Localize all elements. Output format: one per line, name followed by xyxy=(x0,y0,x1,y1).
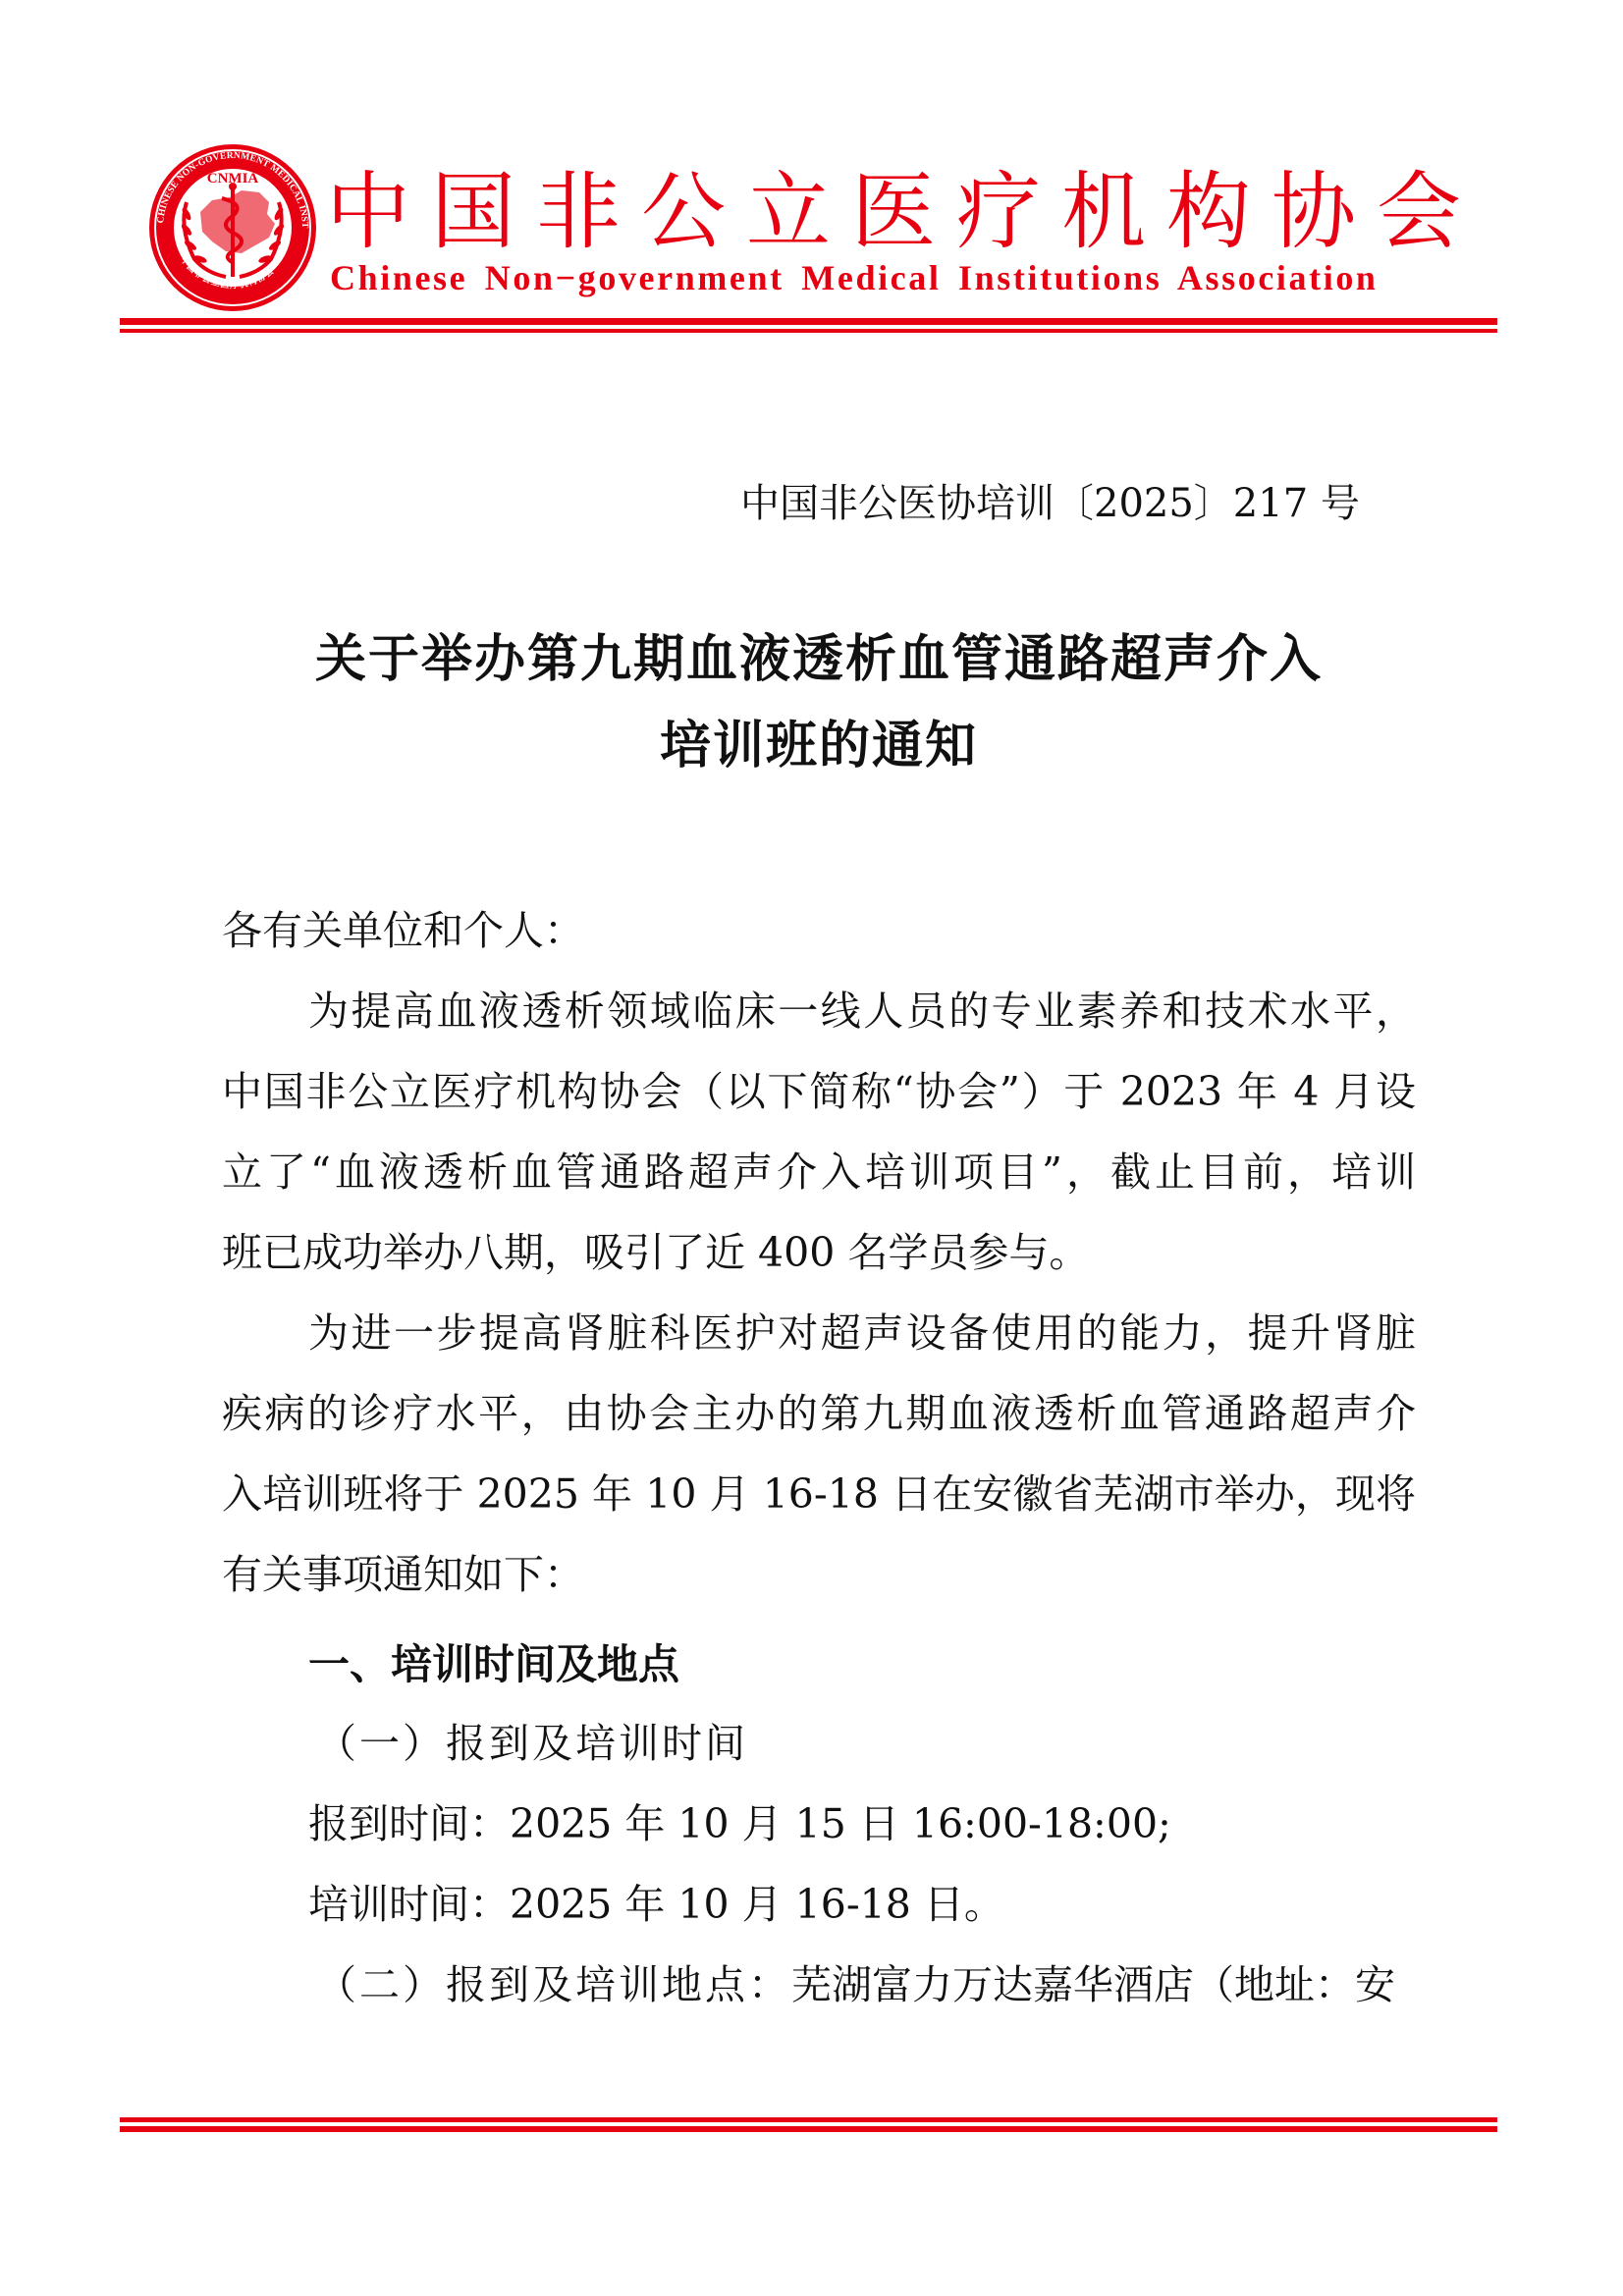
paragraph-1-line-4: 班已成功举办八期，吸引了近 400 名学员参与。 xyxy=(222,1227,1416,1278)
salutation: 各有关单位和个人： xyxy=(222,905,1416,956)
document-title-line-1: 关于举办第九期血液透析血管通路超声介入 xyxy=(222,628,1416,691)
header-rule-thin xyxy=(120,329,1497,333)
paragraph-1-line-3: 立了“血液透析血管通路超声介入培训项目”，截止目前，培训 xyxy=(222,1147,1416,1198)
training-location: （二）报到及培训地点：芜湖富力万达嘉华酒店（地址：安 xyxy=(316,1959,1416,2010)
paragraph-1-line-2: 中国非公立医疗机构协会（以下简称“协会”）于 2023 年 4 月设 xyxy=(222,1066,1416,1117)
footer-rule-thick xyxy=(120,2126,1497,2132)
document-title-line-2: 培训班的通知 xyxy=(222,715,1416,777)
document-page: CHINESE NON-GOVERNMENT MEDICAL INSTITUTI… xyxy=(0,0,1623,2296)
checkin-time: 报到时间：2025 年 10 月 15 日 16:00-18:00; xyxy=(308,1798,1416,1849)
section-1-heading: 一、培训时间及地点 xyxy=(308,1637,679,1692)
org-name-english: Chinese Non−government Medical Instituti… xyxy=(330,257,1473,298)
training-location-value: 芜湖富力万达嘉华酒店（地址：安 xyxy=(791,1961,1395,2008)
cnmia-emblem-icon: CHINESE NON-GOVERNMENT MEDICAL INSTITUTI… xyxy=(143,143,322,312)
document-number: 中国非公医协培训〔2025〕217 号 xyxy=(740,479,1388,528)
training-location-label: （二）报到及培训地点： xyxy=(316,1961,791,2008)
training-time: 培训时间：2025 年 10 月 16-18 日。 xyxy=(308,1879,1416,1930)
org-name-chinese: 中国非公立医疗机构协会 xyxy=(326,165,1475,259)
svg-text:CNMIA: CNMIA xyxy=(207,171,259,187)
paragraph-1-line-1: 为提高血液透析领域临床一线人员的专业素养和技术水平， xyxy=(308,986,1416,1037)
section-1-sub-1-heading: （一）报到及培训时间 xyxy=(316,1718,1416,1769)
paragraph-2-line-4: 有关事项通知如下： xyxy=(222,1549,1416,1600)
cnmia-logo: CHINESE NON-GOVERNMENT MEDICAL INSTITUTI… xyxy=(143,143,322,312)
paragraph-2-line-3: 入培训班将于 2025 年 10 月 16-18 日在安徽省芜湖市举办，现将 xyxy=(222,1468,1416,1520)
paragraph-2-line-2: 疾病的诊疗水平，由协会主办的第九期血液透析血管通路超声介 xyxy=(222,1388,1416,1439)
header-rule-thick xyxy=(120,318,1497,325)
paragraph-2-line-1: 为进一步提高肾脏科医护对超声设备使用的能力，提升肾脏 xyxy=(308,1308,1416,1359)
footer-rule-thin xyxy=(120,2117,1497,2122)
